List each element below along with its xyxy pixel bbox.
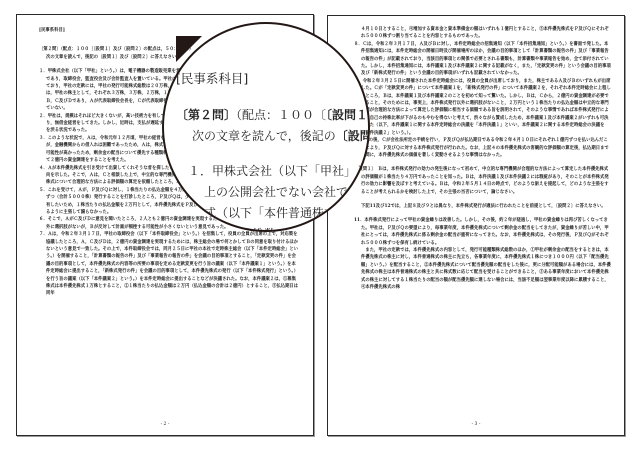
paragraph-8: ８．Ｃは，令和２年３月１７日，Ａ及びＢに対し，本件定時総会の招集通知（以下「本件… <box>354 41 612 78</box>
magnified-instruction-ref: 〔設問１〕 <box>336 129 370 143</box>
document-page-3: ４月１０日とすること，④増加する資本金と資本準備金の額はいずれも１億円とすること… <box>327 15 625 436</box>
magnified-line-3: 式（以下「本件普通株式」という。） <box>176 203 370 224</box>
magnified-instruction: 次の文章を読んで，後記の〔設問１〕 <box>176 126 370 147</box>
magnified-question-heading: 〔第２問〕（配点：１００〔〔設問１〕及び <box>176 105 370 126</box>
transition-text: 下記11及び12では，上記８及び９とは異なり，本件株式発行が適法に行われたことを… <box>354 203 612 210</box>
magnified-section-title: [民事系科目] <box>176 68 370 89</box>
paragraph-10: 10．その後，Ｃが会社法所定の手続を行い，Ｐ及びＱが払込期日である令和２年４月１… <box>354 137 612 159</box>
magnified-question-label: 〔第２問〕 <box>176 108 236 122</box>
magnified-instruction-text: 次の文章を読んで，後記の <box>192 129 336 143</box>
paragraph-11: 11．本件株式発行によって甲社の資金繰りは改善した。しかし，その後，約２年が経過… <box>354 217 612 247</box>
magnified-question-sub: 〔設問１〕 <box>326 108 370 122</box>
magnified-question-points: （配点：１００〔 <box>236 108 326 122</box>
paragraph-11-continued: また，甲社の定款では，本件優先株式の内容として，発行可能種類株式総数のほか，①甲… <box>354 247 612 291</box>
page-number: - 3 - <box>328 422 624 427</box>
paragraph-7: ７．Ａは，令和２年３月１７日，甲社の取締役会（以下「本件取締役会」という。）を招… <box>39 231 299 298</box>
magnified-content: [民事系科目] 〔第２問〕（配点：１００〔〔設問１〕及び 次の文章を読んで，後記… <box>176 68 370 232</box>
page-3-content: ４月１０日とすること，④増加する資本金と資本準備金の額はいずれも１億円とすること… <box>354 26 612 291</box>
page-number: - 2 - <box>17 422 313 427</box>
magnified-line-2: 上の公開会社でない会社であり，取締 <box>176 182 370 203</box>
paragraph-7-continued: ４月１０日とすること，④増加する資本金と資本準備金の額はいずれも１億円とすること… <box>354 26 612 41</box>
magnifier-pointer-icon <box>176 36 202 62</box>
magnified-line-1: １．甲株式会社（以下「甲社」という。） <box>176 161 370 182</box>
question-1: 〔設問１〕 Ｂは，本件株式発行の効力の発生後になって初めて，中立的な専門機関が合… <box>354 166 612 196</box>
paragraph-9: ９．令和２年３月２５日に開催された本件定時総会には，役員の全員が出席しており，ま… <box>354 78 612 137</box>
